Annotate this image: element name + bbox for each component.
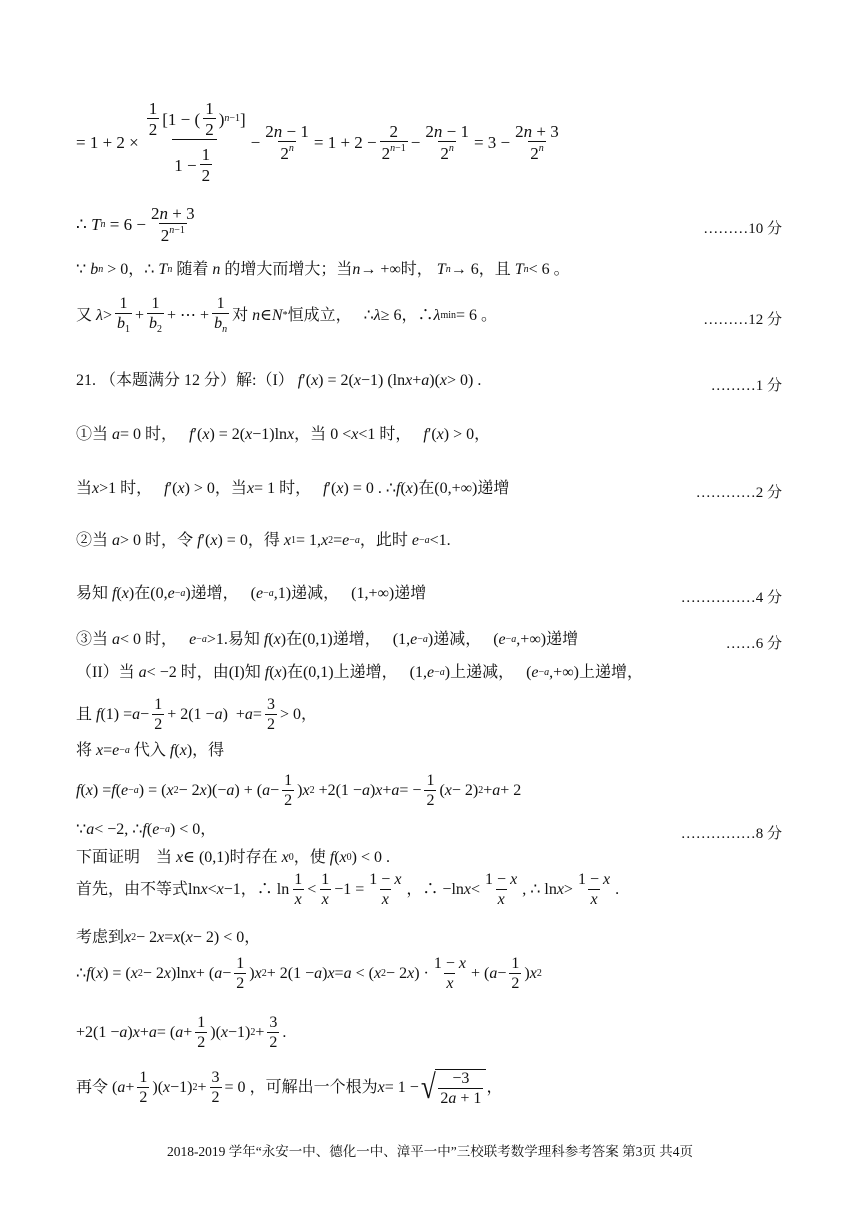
case1-a-zero: ①当 a = 0 时， f′(x) = 2(x −1)lnx，当 0 < x <… [76, 427, 490, 443]
score-mark: ……………4 分 [681, 586, 782, 607]
part2-negative: ∵ a < −2, ∴ f(e−a) < 0， [76, 822, 216, 838]
text-tn-monotonic: ∵ bn > 0，∴ Tn 随着 n 的增大而增大；当n → +∞时， Tn →… [76, 262, 570, 278]
case2-a-positive: ②当 a > 0 时，令 f′(x) = 0，得 x1 = 1, x2 = e−… [76, 533, 451, 549]
part2-intro: （II）当 a < −2 时，由(I)知 f(x) 在 (0,1) 上递增， (… [76, 665, 643, 681]
equation-tn-expansion: = 1 + 2 × 12[1 − (12)n−1] 1 − 12 − 2n − … [76, 100, 564, 184]
case2-monotonic: 易知 f(x) 在 (0, e−a) 递增， (e−a,1) 递减， (1,+∞… [76, 586, 426, 602]
q21-part1-derivative: 21. （本题满分 12 分）解:（I） f′(x) = 2(x −1) (ln… [76, 373, 481, 389]
score-mark: ………12 分 [703, 308, 782, 329]
part2-f-e-a: f(x) = f(e−a) = (x2 − 2x)(−a) + (a − 12)… [76, 773, 521, 809]
page-footer: 2018-2019 学年“永安一中、德化一中、漳平一中”三校联考数学理科参考答案… [0, 1140, 860, 1160]
case1-continued: 当x >1 时， f′(x) > 0，当x = 1 时， f′(x) = 0 .… [76, 481, 509, 497]
score-mark: ………1 分 [711, 374, 782, 395]
equation-tn-result: ∴ Tn = 6 − 2n + 32n−1 [76, 205, 200, 244]
sqrt-expression: √−32a + 1 [419, 1069, 487, 1107]
part2-prove: 下面证明 当 x ∈ (0,1) 时存在 x0，使 f(x0) < 0 . [76, 850, 390, 866]
fraction-geometric-sum: 12[1 − (12)n−1] 1 − 12 [142, 100, 248, 184]
part2-consider: 考虑到x2 − 2x = x(x − 2) < 0， [76, 930, 260, 946]
score-mark: ……………8 分 [681, 822, 782, 843]
part2-f1: 且 f(1) = a − 12+ 2(1 − a) + a = 32> 0， [76, 697, 317, 733]
part2-root: 再令 (a + 12)(x −1)2 + 32= 0 ，可解出一个根为x = 1… [76, 1069, 502, 1107]
part2-inequality: 首先，由不等式lnx < x −1，∴ ln 1x< 1x−1 = 1 − xx… [76, 872, 619, 908]
case3-a-negative: ③当 a < 0 时， e−a >1. 易知 f(x) 在 (0,1) 递增， … [76, 632, 578, 648]
part2-f-bound-cont: +2(1 − a)x + a = (a + 12)(x −1)2 + 32. [76, 1015, 286, 1051]
score-mark: ……6 分 [726, 632, 782, 653]
score-mark: …………2 分 [696, 481, 782, 502]
part2-substitute: 将 x = e−a 代入 f(x)，得 [76, 743, 224, 759]
part2-f-bound: ∴ f(x) = (x2 − 2x)lnx + (a − 12)x2 + 2(1… [76, 956, 542, 992]
text-lambda-min: 又 λ > 1b1+ 1b2+ ⋯ + 1bn 对 n ∈ N*恒成立， ∴ λ… [76, 296, 497, 335]
score-mark: ………10 分 [703, 217, 782, 238]
